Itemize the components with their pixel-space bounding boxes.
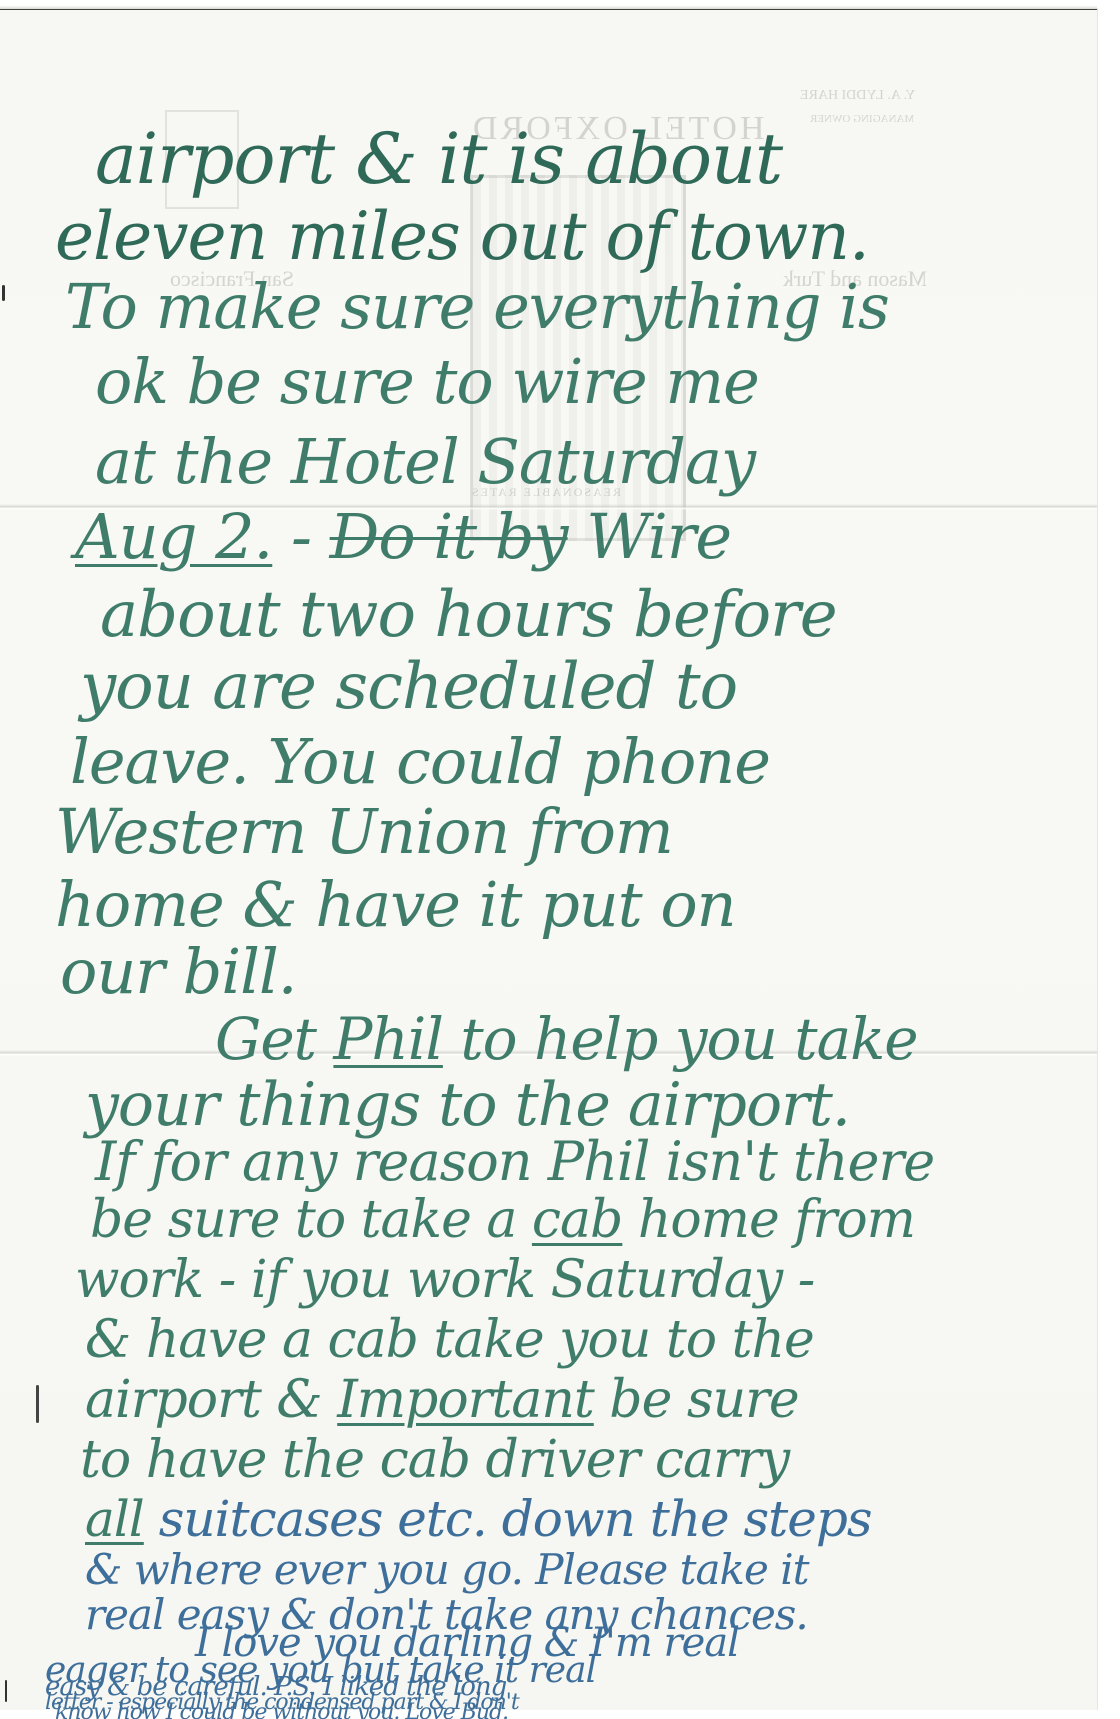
line-13-end: to help you take — [443, 1005, 918, 1073]
letter-line-21: all suitcases etc. down the steps — [85, 1490, 872, 1548]
letter-line-4: ok be sure to wire me — [95, 345, 759, 418]
letterhead-manager: Y. A. LYDDI HARE — [800, 88, 915, 104]
letter-line-6: Aug 2. - Do it by Wire — [75, 500, 731, 573]
letter-line-20: to have the cab driver carry — [80, 1430, 789, 1490]
letter-line-16: be sure to take a cab home from — [90, 1190, 915, 1250]
letter-line-18: & have a cab take you to the — [85, 1310, 814, 1370]
date-underlined: Aug 2. — [75, 500, 272, 573]
all-underlined: all — [85, 1490, 144, 1548]
letter-line-8: you are scheduled to — [80, 650, 737, 724]
dash: - — [272, 500, 329, 573]
letter-line-2: eleven miles out of town. — [55, 198, 869, 275]
important-underlined: Important — [337, 1370, 594, 1430]
name-underlined: Phil — [333, 1005, 442, 1073]
letter-line-19: airport & Important be sure — [85, 1370, 799, 1430]
letter-line-12: our bill. — [60, 935, 297, 1008]
letter-line-3: To make sure everything is — [65, 270, 889, 343]
letter-line-22: & where ever you go. Please take it — [85, 1545, 809, 1594]
line-13-start: Get — [215, 1005, 333, 1073]
letterhead-manager-title: MANAGING OWNER — [810, 113, 914, 125]
cab-underlined: cab — [532, 1190, 622, 1250]
letter-line-5: at the Hotel Saturday — [95, 425, 755, 498]
letter-line-13: Get Phil to help you take — [215, 1005, 918, 1073]
margin-ink-mark — [36, 1385, 39, 1423]
letter-line-4-text: ok be sure to wire me — [95, 345, 759, 418]
struck-out-text: Do it by — [330, 500, 568, 573]
letter-line-28: know how I could be without you. Love Bu… — [55, 1700, 508, 1719]
letter-line-10: Western Union from — [55, 795, 673, 868]
paper-top-edge — [0, 0, 1097, 9]
margin-ink-mark — [2, 285, 5, 301]
line-19-end: be sure — [594, 1370, 799, 1430]
letter-line-7: about two hours before — [100, 578, 837, 652]
letter-line-1: airport & it is about — [95, 118, 782, 200]
letter-line-17: work - if you work Saturday - — [75, 1250, 814, 1310]
letter-line-15: If for any reason Phil isn't there — [95, 1130, 934, 1193]
line-21-end: suitcases etc. down the steps — [144, 1490, 872, 1548]
margin-ink-mark — [5, 1680, 7, 1702]
letter-line-9: leave. You could phone — [70, 725, 770, 798]
line-16-end: home from — [622, 1190, 915, 1250]
line-16-start: be sure to take a — [90, 1190, 532, 1250]
line-6-tail: Wire — [568, 500, 732, 573]
letter-line-11: home & have it put on — [55, 868, 736, 941]
line-19-start: airport & — [85, 1370, 337, 1430]
